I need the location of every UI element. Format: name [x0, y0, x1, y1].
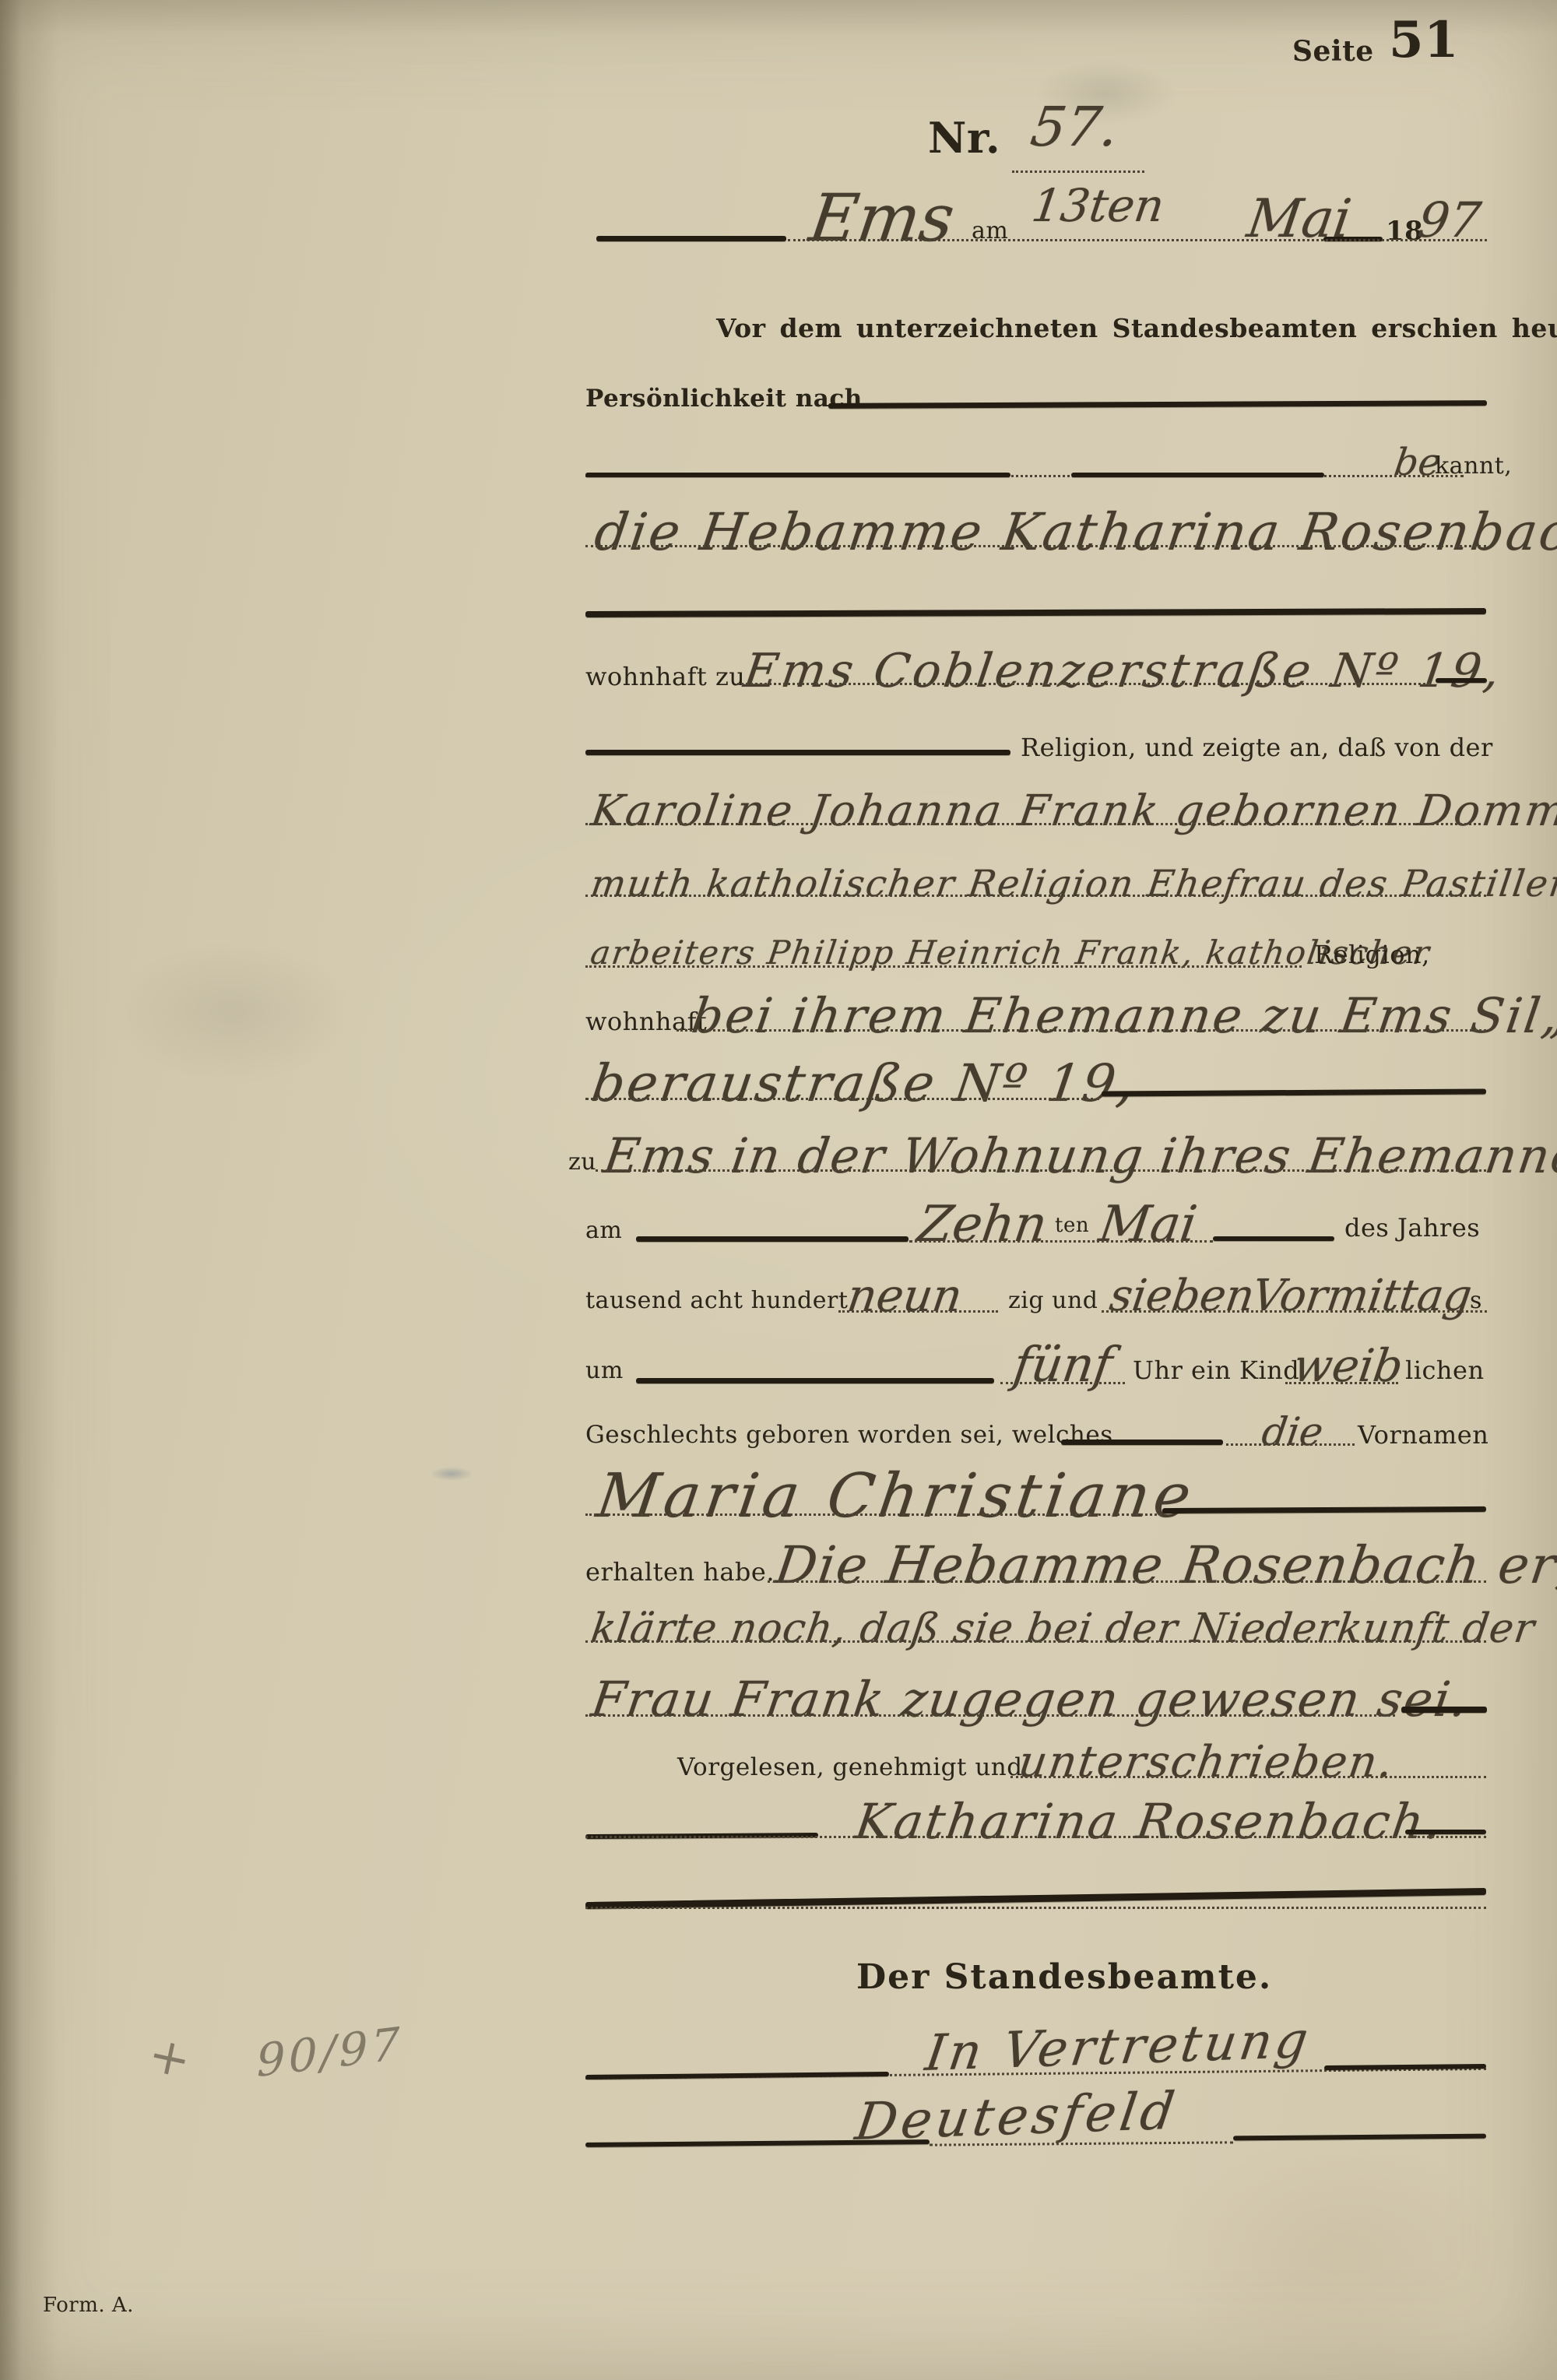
declarant-address-hand: Ems Coblenzerstraße Nº 19, — [741, 648, 1506, 694]
birthplace-dotted-rule — [596, 1169, 1486, 1172]
full-rule-2 — [585, 1888, 1486, 1909]
in-vertretung-hand: In Vertretung — [923, 2016, 1314, 2079]
zig-und-label: zig und — [1008, 1289, 1098, 1313]
child-name-hand: Maria Christiane — [593, 1466, 1199, 1527]
vorgelesen-label: Vorgelesen, genehmigt und — [677, 1756, 1023, 1780]
full-dotted-rule-2 — [585, 1907, 1486, 1909]
mother-line3-hand: arbeiters Philipp Heinrich Frank, kathol… — [589, 937, 1432, 969]
mother-line1-hand: Karoline Johanna Frank gebornen Dommer„ — [589, 789, 1557, 832]
nr-label: Nr. — [928, 117, 1000, 159]
persoenlichkeit-rule — [828, 400, 1487, 409]
closing3-dotted-rule — [585, 1714, 1395, 1717]
bekannt-solid-rule-2 — [1071, 473, 1324, 477]
vornamen-label: Vornamen — [1358, 1422, 1488, 1447]
s-label: s — [1470, 1289, 1482, 1313]
register-page: Seite 51 Nr. 57. Ems am 13ten Mai 18 97 … — [0, 0, 1557, 2380]
ten-label: ten — [1055, 1215, 1089, 1236]
closing1-dotted-rule — [768, 1580, 1486, 1583]
father-addr1-hand: bei ihrem Ehemanne zu Ems Sil„ — [689, 992, 1557, 1040]
deutesfeld-right-rule — [1233, 2134, 1486, 2141]
lichen-label: lichen — [1405, 1358, 1485, 1383]
page-number: 51 — [1389, 16, 1459, 65]
birthdate-dotted-rule — [909, 1240, 1213, 1243]
address-solid-rule — [1436, 678, 1487, 683]
name-dotted-rule — [585, 1513, 1162, 1516]
zu-label: zu — [568, 1151, 596, 1174]
date-left-rule — [596, 236, 786, 241]
persoenlichkeit-label: Persönlichkeit nach — [585, 387, 863, 411]
vertretung-left-rule — [585, 2072, 889, 2079]
mother2-dotted-rule — [585, 895, 1486, 897]
year-hand: 97 — [1415, 196, 1484, 244]
uhr-label: Uhr ein Kind — [1133, 1358, 1299, 1383]
mother1-dotted-rule — [585, 823, 1486, 825]
full-rule-1 — [585, 608, 1486, 617]
vorgelesen-dotted-rule — [1010, 1776, 1486, 1778]
sieben-dotted-rule — [1102, 1310, 1487, 1313]
mother3-dotted-rule — [585, 965, 1302, 968]
um-label: um — [585, 1359, 624, 1383]
pencil-note: 90/97 — [256, 2021, 403, 2083]
address-dotted-rule — [737, 683, 1430, 685]
hour-dotted-rule-2 — [1285, 1382, 1398, 1384]
nr-dotted-rule — [1012, 171, 1144, 173]
day-hand: 13ten — [1029, 183, 1167, 228]
name-solid-rule — [1162, 1506, 1486, 1513]
birthdate-left-rule — [636, 1236, 909, 1242]
bekannt-solid-rule-1 — [585, 473, 1010, 477]
vornamen-dotted-rule — [1226, 1443, 1355, 1446]
form-label: Form. A. — [43, 2295, 134, 2315]
am2-label: am — [585, 1219, 622, 1243]
seite-label: Seite — [1292, 37, 1374, 65]
erhalten-label: erhalten habe. — [585, 1559, 775, 1584]
religion-label: Religion, — [1314, 942, 1430, 967]
official-title: Der Standesbeamte. — [856, 1960, 1272, 1995]
closing2-dotted-rule — [585, 1640, 1486, 1643]
pencil-cross-mark: + — [144, 2029, 195, 2086]
geschlechts-line: Geschlechts geboren worden sei, welches — [585, 1423, 1113, 1447]
birthplace-hand: Ems in der Wohnung ihres Ehemannes, — [601, 1132, 1557, 1180]
tausend-label: tausend acht hundert — [585, 1289, 848, 1313]
wohnhaft-zu-label: wohnhaft zu — [585, 664, 745, 689]
birthdate-mid-rule — [1213, 1236, 1334, 1241]
record-number-hand: 57. — [1028, 100, 1122, 154]
des-jahres-label: des Jahres — [1344, 1215, 1480, 1240]
closing1-hand: Die Hebamme Rosenbach er„ — [772, 1540, 1557, 1591]
declarant-signature: Katharina Rosenbach. — [852, 1798, 1446, 1846]
religion-left-rule — [585, 750, 1010, 755]
sig-right-rule — [1405, 1830, 1486, 1834]
intro-line: Vor dem unterzeichneten Standesbeamten e… — [716, 315, 1557, 341]
father-addr2-solid-rule — [1102, 1088, 1486, 1096]
sig-dotted-rule — [585, 1836, 1486, 1838]
hour-left-rule — [636, 1378, 994, 1383]
father-addr2-dotted-rule — [585, 1098, 1099, 1100]
neun-dotted-rule — [838, 1310, 998, 1313]
official-signature: Deutesfeld — [852, 2086, 1181, 2148]
closing2-hand: klärte noch, daß sie bei der Niederkunft… — [589, 1608, 1538, 1649]
closing3-dash-rule — [1401, 1707, 1487, 1713]
date-dotted-rule — [788, 239, 1487, 241]
declarant-hand: die Hebamme Katharina Rosenbach, — [592, 507, 1557, 558]
religion-line: Religion, und zeigte an, daß von der — [1021, 735, 1493, 760]
father-addr2-hand: beraustraße Nº 19, — [589, 1058, 1140, 1109]
declarant-dotted-rule — [585, 545, 1486, 547]
hour-dotted-rule-1 — [1000, 1382, 1125, 1384]
vornamen-solid-rule — [1061, 1440, 1223, 1445]
father-addr1-dotted-rule — [677, 1029, 1486, 1032]
